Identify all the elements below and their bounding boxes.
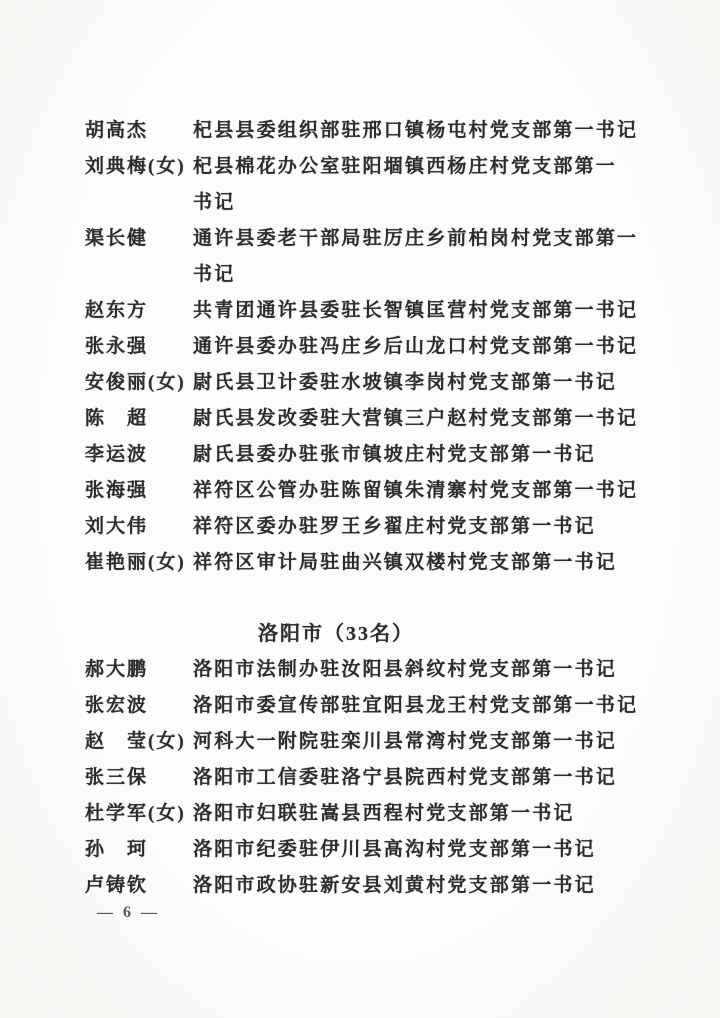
entry-name: 郝大鹏: [85, 652, 193, 688]
entry-position: 尉氏县委办驻张市镇坡庄村党支部第一书记: [193, 437, 641, 473]
entry-position-line: 洛阳市工信委驻洛宁县院西村党支部第一书记: [193, 760, 641, 796]
roster-entry: 李运波尉氏县委办驻张市镇坡庄村党支部第一书记: [85, 437, 641, 473]
scanned-document-page: 胡高杰杞县县委组织部驻邢口镇杨屯村党支部第一书记刘典梅(女)杞县棉花办公室驻阳堌…: [0, 0, 720, 1018]
page-number: — 6 —: [97, 901, 160, 925]
roster-entry: 郝大鹏洛阳市法制办驻汝阳县斜纹村党支部第一书记: [85, 652, 641, 688]
entry-position: 杞县县委组织部驻邢口镇杨屯村党支部第一书记: [193, 113, 641, 149]
entry-position: 共青团通许县委驻长智镇匡营村党支部第一书记: [193, 293, 641, 329]
entry-name: 胡高杰: [85, 113, 193, 149]
roster-entry: 赵 莹(女)河科大一附院驻栾川县常湾村党支部第一书记: [85, 724, 641, 760]
roster-entry: 卢铸钦洛阳市政协驻新安县刘黄村党支部第一书记: [85, 868, 641, 904]
entry-position: 洛阳市工信委驻洛宁县院西村党支部第一书记: [193, 760, 641, 796]
entry-name: 赵东方: [85, 293, 193, 329]
entry-position-line: 祥符区审计局驻曲兴镇双楼村党支部第一书记: [193, 545, 641, 581]
roster-entry: 张海强祥符区公管办驻陈留镇朱清寨村党支部第一书记: [85, 473, 641, 509]
entry-name: 崔艳丽(女): [85, 545, 193, 581]
roster-entry: 陈 超尉氏县发改委驻大营镇三户赵村党支部第一书记: [85, 401, 641, 437]
roster-entry: 赵东方共青团通许县委驻长智镇匡营村党支部第一书记: [85, 293, 641, 329]
roster-entry: 刘典梅(女)杞县棉花办公室驻阳堌镇西杨庄村党支部第一书记: [85, 149, 641, 221]
entry-position: 洛阳市法制办驻汝阳县斜纹村党支部第一书记: [193, 652, 641, 688]
entry-position: 祥符区审计局驻曲兴镇双楼村党支部第一书记: [193, 545, 641, 581]
entry-name: 陈 超: [85, 401, 193, 437]
entry-name: 张永强: [85, 329, 193, 365]
roster-entry: 张三保洛阳市工信委驻洛宁县院西村党支部第一书记: [85, 760, 641, 796]
entry-position-line: 洛阳市妇联驻嵩县西程村党支部第一书记: [193, 796, 641, 832]
entry-name: 卢铸钦: [85, 868, 193, 904]
entry-position-line: 祥符区公管办驻陈留镇朱清寨村党支部第一书记: [193, 473, 641, 509]
roster-entry: 胡高杰杞县县委组织部驻邢口镇杨屯村党支部第一书记: [85, 113, 641, 149]
entry-name: 杜学军(女): [85, 796, 193, 832]
entry-name: 刘典梅(女): [85, 149, 193, 185]
entry-position-line: 杞县县委组织部驻邢口镇杨屯村党支部第一书记: [193, 113, 641, 149]
entry-name: 李运波: [85, 437, 193, 473]
entry-name: 刘大伟: [85, 509, 193, 545]
entry-position: 尉氏县发改委驻大营镇三户赵村党支部第一书记: [193, 401, 641, 437]
entry-position-line: 洛阳市纪委驻伊川县高沟村党支部第一书记: [193, 832, 641, 868]
entry-name: 张海强: [85, 473, 193, 509]
entry-position-line: 尉氏县发改委驻大营镇三户赵村党支部第一书记: [193, 401, 641, 437]
entry-position: 杞县棉花办公室驻阳堌镇西杨庄村党支部第一书记: [193, 149, 641, 221]
entry-position: 洛阳市政协驻新安县刘黄村党支部第一书记: [193, 868, 641, 904]
entry-position-line: 通许县委老干部局驻厉庄乡前柏岗村党支部第一: [193, 221, 641, 257]
entry-position: 通许县委办驻冯庄乡后山龙口村党支部第一书记: [193, 329, 641, 365]
entry-position: 河科大一附院驻栾川县常湾村党支部第一书记: [193, 724, 641, 760]
entry-position: 洛阳市委宣传部驻宜阳县龙王村党支部第一书记: [193, 688, 641, 724]
entry-position-line: 杞县棉花办公室驻阳堌镇西杨庄村党支部第一: [193, 149, 641, 185]
entry-position-line: 共青团通许县委驻长智镇匡营村党支部第一书记: [193, 293, 641, 329]
entry-position-line: 洛阳市委宣传部驻宜阳县龙王村党支部第一书记: [193, 688, 641, 724]
entry-position: 尉氏县卫计委驻水坡镇李岗村党支部第一书记: [193, 365, 641, 401]
entry-position: 洛阳市纪委驻伊川县高沟村党支部第一书记: [193, 832, 641, 868]
entry-position-line: 书记: [193, 185, 641, 221]
roster-entry: 孙 珂洛阳市纪委驻伊川县高沟村党支部第一书记: [85, 832, 641, 868]
roster-entry: 张永强通许县委办驻冯庄乡后山龙口村党支部第一书记: [85, 329, 641, 365]
entry-name: 张三保: [85, 760, 193, 796]
entry-position-line: 祥符区委办驻罗王乡翟庄村党支部第一书记: [193, 509, 641, 545]
entry-position: 通许县委老干部局驻厉庄乡前柏岗村党支部第一书记: [193, 221, 641, 293]
entry-position-line: 洛阳市政协驻新安县刘黄村党支部第一书记: [193, 868, 641, 904]
entry-position: 祥符区公管办驻陈留镇朱清寨村党支部第一书记: [193, 473, 641, 509]
roster-entry: 安俊丽(女)尉氏县卫计委驻水坡镇李岗村党支部第一书记: [85, 365, 641, 401]
roster-entry: 崔艳丽(女)祥符区审计局驻曲兴镇双楼村党支部第一书记: [85, 545, 641, 581]
entry-name: 孙 珂: [85, 832, 193, 868]
entry-position-line: 通许县委办驻冯庄乡后山龙口村党支部第一书记: [193, 329, 641, 365]
entry-position-line: 河科大一附院驻栾川县常湾村党支部第一书记: [193, 724, 641, 760]
entry-name: 安俊丽(女): [85, 365, 193, 401]
roster-entry: 杜学军(女)洛阳市妇联驻嵩县西程村党支部第一书记: [85, 796, 641, 832]
roster-entry: 张宏波洛阳市委宣传部驻宜阳县龙王村党支部第一书记: [85, 688, 641, 724]
entry-position: 祥符区委办驻罗王乡翟庄村党支部第一书记: [193, 509, 641, 545]
entry-name: 渠长健: [85, 221, 193, 257]
entry-position-line: 书记: [193, 257, 641, 293]
roster-entry: 渠长健通许县委老干部局驻厉庄乡前柏岗村党支部第一书记: [85, 221, 641, 293]
entry-name: 张宏波: [85, 688, 193, 724]
entry-position-line: 洛阳市法制办驻汝阳县斜纹村党支部第一书记: [193, 652, 641, 688]
roster-content: 胡高杰杞县县委组织部驻邢口镇杨屯村党支部第一书记刘典梅(女)杞县棉花办公室驻阳堌…: [85, 113, 641, 904]
section-heading: 洛阳市（33名）: [258, 616, 641, 652]
entry-position-line: 尉氏县委办驻张市镇坡庄村党支部第一书记: [193, 437, 641, 473]
roster-entry: 刘大伟祥符区委办驻罗王乡翟庄村党支部第一书记: [85, 509, 641, 545]
entry-position-line: 尉氏县卫计委驻水坡镇李岗村党支部第一书记: [193, 365, 641, 401]
entry-name: 赵 莹(女): [85, 724, 193, 760]
entry-position: 洛阳市妇联驻嵩县西程村党支部第一书记: [193, 796, 641, 832]
